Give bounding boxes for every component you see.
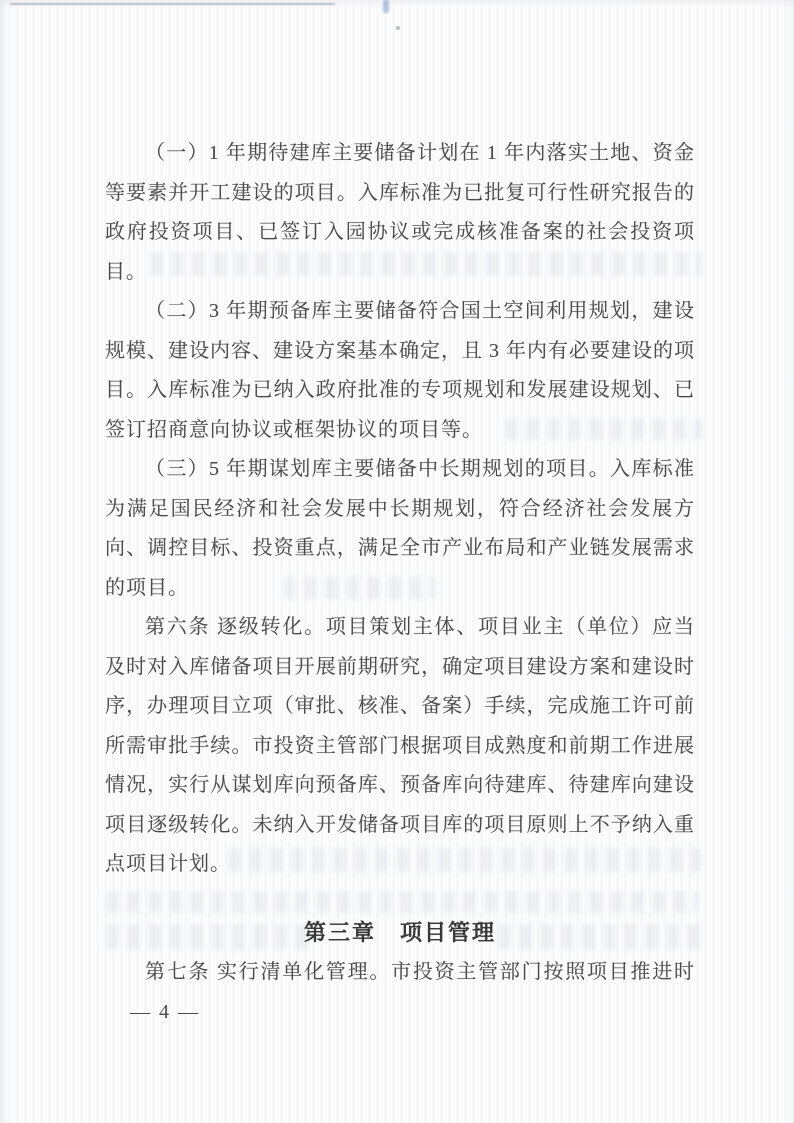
text-line: 及时对入库储备项目开展前期研究，确定项目建设方案和建设时: [105, 648, 695, 688]
text-line: 第七条 实行清单化管理。市投资主管部门按照项目推进时: [105, 953, 695, 993]
text-line: 点项目计划。: [105, 845, 695, 885]
paragraph: 第七条 实行清单化管理。市投资主管部门按照项目推进时: [105, 953, 695, 993]
text-line: （一）1 年期待建库主要储备计划在 1 年内落实土地、资金: [105, 134, 695, 174]
text-line: 向、调控目标、投资重点，满足全市产业布局和产业链发展需求: [105, 529, 695, 569]
text-line: 政府投资项目、已签订入园协议或完成核准备案的社会投资项: [105, 213, 695, 253]
paragraph: （一）1 年期待建库主要储备计划在 1 年内落实土地、资金等要素并开工建设的项目…: [105, 134, 695, 292]
scan-edge-artifact: [10, 3, 335, 5]
text-line: （二）3 年期预备库主要储备符合国土空间利用规划，建设: [105, 292, 695, 332]
text-line: 情况，实行从谋划库向预备库、预备库向待建库、待建库向建设: [105, 766, 695, 806]
document-body: （一）1 年期待建库主要储备计划在 1 年内落实土地、资金等要素并开工建设的项目…: [105, 134, 695, 993]
text-line: （三）5 年期谋划库主要储备中长期规划的项目。入库标准: [105, 450, 695, 490]
text-line: 为满足国民经济和社会发展中长期规划，符合经济社会发展方: [105, 490, 695, 530]
text-line: 规模、建设内容、建设方案基本确定，且 3 年内有必要建设的项: [105, 332, 695, 372]
text-line: 序，办理项目立项（审批、核准、备案）手续，完成施工许可前: [105, 687, 695, 727]
page-number: — 4 —: [130, 1001, 200, 1024]
document-page: （一）1 年期待建库主要储备计划在 1 年内落实土地、资金等要素并开工建设的项目…: [0, 0, 794, 1123]
ink-speck-artifact: [383, 0, 389, 13]
text-line: 目。入库标准为已纳入政府批准的专项规划和发展建设规划、已: [105, 371, 695, 411]
text-line: 项目逐级转化。未纳入开发储备项目库的项目原则上不予纳入重: [105, 806, 695, 846]
text-line: 签订招商意向协议或框架协议的项目等。: [105, 411, 695, 451]
text-line: 第三章 项目管理: [105, 913, 695, 953]
chapter-heading: 第三章 项目管理: [105, 913, 695, 953]
paragraph: （二）3 年期预备库主要储备符合国土空间利用规划，建设规模、建设内容、建设方案基…: [105, 292, 695, 450]
text-line: 的项目。: [105, 569, 695, 609]
text-line: 目。: [105, 253, 695, 293]
dust-dot-artifact: [396, 26, 400, 30]
paragraph: 第六条 逐级转化。项目策划主体、项目业主（单位）应当及时对入库储备项目开展前期研…: [105, 608, 695, 885]
text-line: 第六条 逐级转化。项目策划主体、项目业主（单位）应当: [105, 608, 695, 648]
paragraph: （三）5 年期谋划库主要储备中长期规划的项目。入库标准为满足国民经济和社会发展中…: [105, 450, 695, 608]
text-line: 等要素并开工建设的项目。入库标准为已批复可行性研究报告的: [105, 174, 695, 214]
text-line: 所需审批手续。市投资主管部门根据项目成熟度和前期工作进展: [105, 727, 695, 767]
